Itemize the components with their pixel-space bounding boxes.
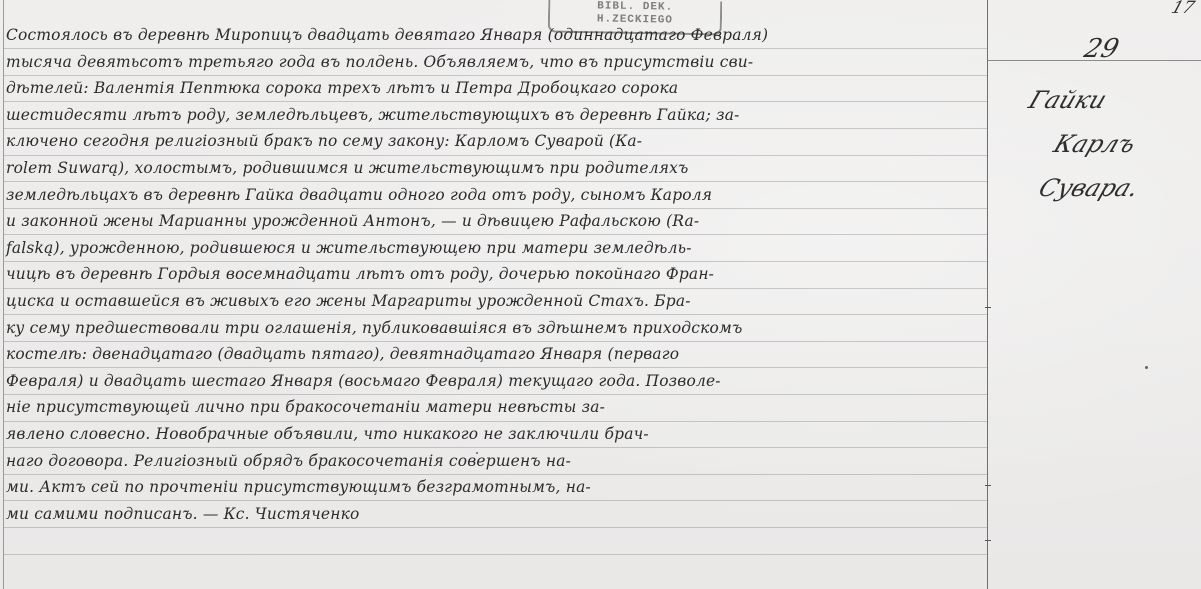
- record-line: и законной жены Марианны урожденной Анто…: [6, 208, 981, 235]
- record-body: Состоялось въ деревнѣ Миропицъ двадцать …: [6, 22, 986, 527]
- page-number: 17: [1169, 0, 1197, 18]
- margin-surname: Сувара.: [1035, 174, 1143, 202]
- record-line: тысяча девятьсотъ третьяго года въ полде…: [6, 49, 981, 76]
- record-line: костелѣ: двенадцатаго (двадцать пятаго),…: [6, 341, 981, 368]
- record-line: земледѣльцахъ въ деревнѣ Гайка двадцати …: [6, 182, 981, 209]
- record-line: шестидесяти лѣтъ роду, земледѣльцевъ, жи…: [6, 102, 981, 129]
- record-line: ми. Актъ сей по прочтеніи присутствующим…: [6, 474, 981, 501]
- record-line: falską), урожденною, родившеюся и житель…: [6, 235, 981, 262]
- record-line: Февраля) и двадцать шестаго Января (вось…: [6, 368, 981, 395]
- record-line: rolem Suwarą), холостымъ, родившимся и ж…: [6, 155, 981, 182]
- paper-speck: [1145, 366, 1148, 369]
- margin-given-name: Карлъ: [1050, 130, 1140, 158]
- line-end-dash: [985, 485, 991, 486]
- record-line: явлено словесно. Новобрачные объявили, ч…: [6, 421, 981, 448]
- record-line: циска и оставшейся въ живыхъ его жены Ма…: [6, 288, 981, 315]
- scanned-document-page: BIBL. DEK. H.ZECKIEGO 17 Состоялось въ д…: [0, 0, 1201, 589]
- line-end-dash: [985, 307, 991, 308]
- record-line-signature: ми самими подписанъ. — Кс. Чистяченко: [6, 501, 981, 528]
- record-line: наго договора. Религіозный обрядъ бракос…: [6, 448, 981, 475]
- paper-speck: [476, 452, 478, 454]
- record-line: ключено сегодня религіозный бракъ по сем…: [6, 128, 981, 155]
- record-line: ніе присутствующей лично при бракосочета…: [6, 394, 981, 421]
- record-line: чицѣ въ деревнѣ Гордыя восемнадцати лѣтъ…: [6, 261, 981, 288]
- margin-village: Гайки: [1025, 86, 1111, 114]
- record-line: дѣтелей: Валентія Пептюка сорока трехъ л…: [6, 75, 981, 102]
- ruled-line: [4, 554, 987, 555]
- record-line: Состоялось въ деревнѣ Миропицъ двадцать …: [6, 22, 981, 49]
- line-end-dash: [985, 540, 991, 541]
- margin-column-rule: [987, 0, 988, 589]
- record-line: ку сему предшествовали три оглашенія, пу…: [6, 315, 981, 342]
